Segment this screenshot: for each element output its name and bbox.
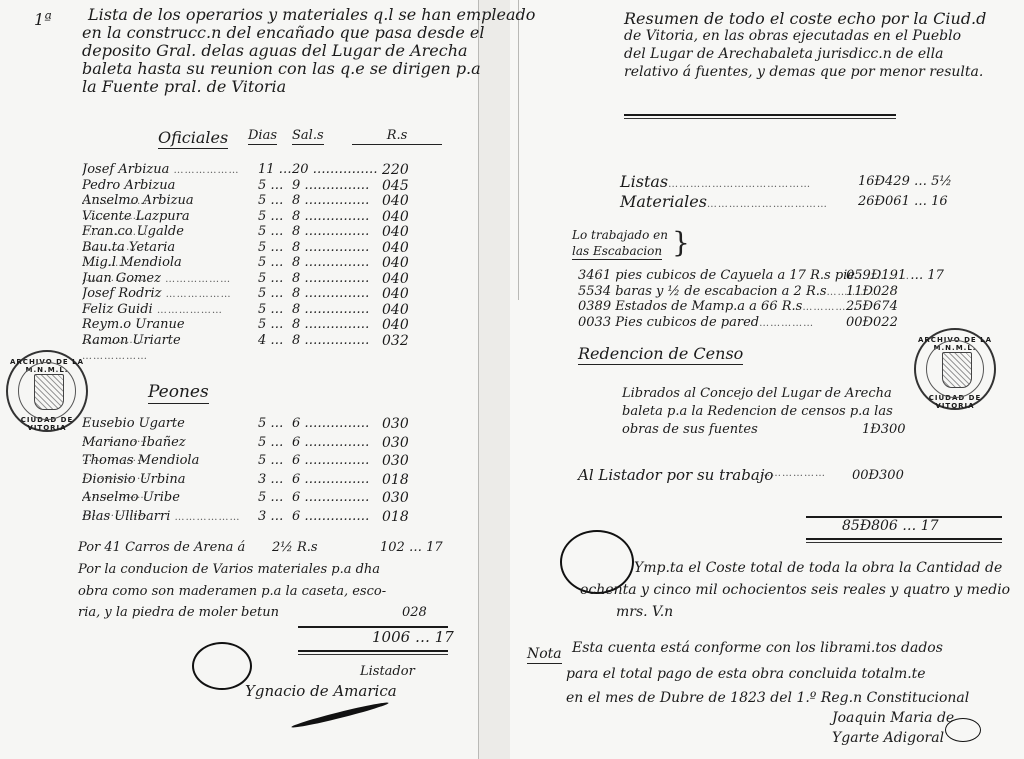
worker-name: Juan Gomez ……………… (82, 271, 242, 286)
extra-line-1: Por 41 Carros de Arena á (78, 540, 245, 555)
stamp-top-text: ARCHIVO DE LA M.N.M.L. (8, 358, 86, 374)
wage-value: 6 …………… (292, 490, 369, 505)
importe-line-3: mrs. V.n (616, 604, 673, 620)
oficiales-header: Oficiales (158, 128, 228, 149)
worker-name: Josef Rodriz ……………… (82, 286, 242, 301)
wage-value: 8 …………… (292, 286, 369, 301)
days-value: 5 … (258, 416, 283, 431)
table-row: Bau.ta Yetaria ………………5 …8 ……………040 (82, 240, 452, 257)
reales-value: 040 (382, 255, 409, 271)
reales-value: 030 (382, 416, 409, 432)
table-row: Vicente Lazpura ………………5 …8 ……………040 (82, 209, 452, 226)
days-value: 4 … (258, 333, 283, 348)
table-row: Eusebio Ugarte ………………5 …6 ……………030 (82, 416, 452, 433)
reales-value: 040 (382, 224, 409, 240)
extra-line-2: Por la conducion de Varios materiales p.… (78, 562, 380, 577)
excavacion-description: 0389 Estados de Mamp.a a 66 R.s (578, 299, 802, 314)
listador-amount: 00Ð300 (852, 468, 904, 483)
days-value: 5 … (258, 286, 283, 301)
archive-stamp-left: ARCHIVO DE LA M.N.M.L. CIUDAD DE VITORIA (6, 350, 88, 432)
right-total: 85Ð806 … 17 (842, 518, 939, 534)
table-row: Dionisio Urbina ………………3 …6 ……………018 (82, 472, 452, 489)
archive-stamp-right: ARCHIVO DE LA M.N.M.L. CIUDAD DE VITORIA (914, 328, 996, 410)
wage-value: 6 …………… (292, 453, 369, 468)
wage-value: 20 …………… (292, 162, 378, 177)
table-row: Reym.o Uranue ………………5 …8 ……………040 (82, 317, 452, 334)
summary-label: Listas (620, 172, 668, 191)
extra-line-1-amount: 102 … 17 (380, 540, 443, 555)
leader-dots: ……………… (174, 165, 240, 176)
extra-line-4: ria, y la piedra de moler betun (78, 605, 279, 620)
reales-value: 040 (382, 240, 409, 256)
days-value: 3 … (258, 509, 283, 524)
stamp-top-text: ARCHIVO DE LA M.N.M.L. (916, 336, 994, 352)
leader-dots: ……………… (175, 512, 241, 523)
extra-line-3: obra como son maderamen p.a la caseta, e… (78, 584, 386, 599)
summary-materiales-amount: 26Ð061 … 16 (858, 194, 948, 209)
reales-value: 040 (382, 193, 409, 209)
excavacion-amount: 11Ð028 (846, 284, 898, 299)
excavacion-header-1: Lo trabajado en (572, 228, 668, 242)
leader-dots: …………… (759, 318, 814, 329)
extra-line-4-amount: 028 (402, 605, 427, 620)
excavacion-header-2: las Escabacion (572, 244, 662, 260)
listador-line: Al Listador por su trabajo (578, 466, 773, 484)
left-heading-line-2: en la construcc.n del encañado que pasa … (82, 24, 485, 42)
coat-of-arms-icon (942, 352, 972, 388)
excavacion-amount: 059Ð191 … 17 (846, 268, 944, 283)
table-row: Anselmo Arbizua ………………5 …8 ……………040 (82, 193, 452, 210)
listador-label: Listador (360, 664, 415, 679)
left-heading-line-1: Lista de los operarios y materiales q.l … (88, 6, 535, 24)
table-row: Mig.l Mendiola ………………5 …8 ……………040 (82, 255, 452, 272)
page-edge-left (478, 0, 479, 759)
right-signature-line-1: Joaquin Maria de (832, 710, 954, 726)
reales-value: 030 (382, 453, 409, 469)
leader-dots: ……………… (157, 305, 223, 316)
reales-value: 032 (382, 333, 409, 349)
page-edge-right (518, 0, 519, 300)
days-value: 5 … (258, 490, 283, 505)
table-row: Fran.co Ugalde ………………5 …8 ……………040 (82, 224, 452, 241)
reales-value: 018 (382, 472, 409, 488)
wage-value: 8 …………… (292, 333, 369, 348)
stamp-bottom-text: CIUDAD DE VITORIA (916, 394, 994, 410)
right-heading-line-3: del Lugar de Arechabaleta jurisdicc.n de… (624, 46, 943, 64)
right-signature-line-2: Ygarte Adigoral (832, 730, 944, 746)
wage-value: 8 …………… (292, 302, 369, 317)
excavacion-description: 0033 Pies cubicos de pared (578, 315, 759, 330)
days-value: 5 … (258, 178, 283, 193)
worker-name: Josef Arbizua ……………… (82, 162, 242, 177)
total-rule-bottom (298, 650, 448, 652)
days-value: 5 … (258, 453, 283, 468)
heading-rule (624, 114, 896, 116)
summary-listas-amount: 16Ð429 … 5½ (858, 174, 952, 189)
right-heading-line-1: Resumen de todo el coste echo por la Ciu… (624, 10, 986, 28)
nota-label: Nota (527, 646, 562, 664)
wage-value: 6 …………… (292, 509, 369, 524)
worker-name: Ramon Uriarte ……………… (82, 333, 242, 363)
redencion-line-3: obras de sus fuentes (622, 422, 758, 437)
sal-header: Sal.s (292, 128, 324, 145)
wage-value: 6 …………… (292, 416, 369, 431)
worker-name: Blas Ullibarri ……………… (82, 509, 242, 524)
reales-value: 040 (382, 209, 409, 225)
worker-name: Feliz Guidi ……………… (82, 302, 242, 317)
excavacion-amount: 00Ð022 (846, 315, 898, 330)
page-gutter (478, 0, 510, 759)
nota-line-3: en el mes de Dubre de 1823 del 1.º Reg.n… (566, 690, 969, 706)
table-row: Blas Ullibarri ………………3 …6 ……………018 (82, 509, 452, 526)
peones-header: Peones (148, 382, 209, 404)
days-value: 5 … (258, 302, 283, 317)
nota-line-2: para el total pago de esta obra concluid… (566, 666, 926, 682)
left-signature-flourish (192, 642, 252, 690)
reales-value: 030 (382, 435, 409, 451)
brace-icon: } (672, 228, 690, 258)
days-value: 5 … (258, 255, 283, 270)
reales-value: 030 (382, 490, 409, 506)
reales-value: 040 (382, 271, 409, 287)
wage-value: 8 …………… (292, 209, 369, 224)
reales-value: 040 (382, 317, 409, 333)
redencion-amount: 1Ð300 (862, 422, 906, 437)
table-row: Pedro Arbizua ………………5 …9 ……………045 (82, 178, 452, 195)
wage-value: 8 …………… (292, 255, 369, 270)
reales-value: 040 (382, 302, 409, 318)
table-row: Ramon Uriarte ………………4 …8 ……………032 (82, 333, 452, 350)
left-heading-line-5: la Fuente pral. de Vitoria (82, 78, 286, 96)
wage-value: 6 …………… (292, 472, 369, 487)
table-row: Thomas Mendiola ………………5 …6 ……………030 (82, 453, 452, 470)
table-row: Josef Rodriz ………………5 …8 ……………040 (82, 286, 452, 303)
summary-materiales: Materiales…………………………… (620, 192, 828, 211)
days-value: 5 … (258, 435, 283, 450)
right-heading-line-2: de Vitoria, en las obras ejecutadas en e… (624, 28, 961, 46)
importe-line-2: ochenta y cinco mil ochocientos seis rea… (580, 582, 1010, 598)
wage-value: 8 …………… (292, 240, 369, 255)
days-value: 5 … (258, 193, 283, 208)
dias-header: Dias (248, 128, 277, 145)
table-row: Josef Arbizua ………………11 …20 ……………220 (82, 162, 452, 179)
wage-value: 9 …………… (292, 178, 369, 193)
days-value: 11 … (258, 162, 292, 177)
listador-signature: Ygnacio de Amarica (245, 682, 397, 700)
wage-value: 8 …………… (292, 271, 369, 286)
reales-value: 040 (382, 286, 409, 302)
nota-line-1: Esta cuenta está conforme con los libram… (572, 640, 943, 656)
extra-line-1-rate: 2½ R.s (272, 540, 318, 555)
days-value: 5 … (258, 209, 283, 224)
right-signature-rubric (945, 718, 981, 742)
leader-dots: ……………… (82, 351, 148, 362)
rs-header: R.s (352, 128, 442, 145)
listador-dots: ……………… (760, 468, 826, 479)
total-rule-bottom-thin (298, 654, 448, 655)
excavacion-row: 0033 Pies cubicos de pared …………… (578, 315, 814, 330)
reales-value: 220 (382, 162, 409, 178)
left-heading-line-3: deposito Gral. delas aguas del Lugar de … (82, 42, 468, 60)
right-heading-line-4: relativo á fuentes, y demas que por meno… (624, 64, 983, 82)
leader-dots: ……………… (165, 274, 231, 285)
wage-value: 6 …………… (292, 435, 369, 450)
left-total: 1006 … 17 (372, 628, 454, 646)
redencion-line-2: baleta p.a la Redencion de censos p.a la… (622, 404, 893, 419)
right-total-rule-bottom-thin (806, 542, 1002, 543)
table-row: Feliz Guidi ………………5 …8 ……………040 (82, 302, 452, 319)
days-value: 5 … (258, 240, 283, 255)
folio-mark: 1ª (34, 10, 52, 29)
summary-listas: Listas………………………………… (620, 172, 811, 191)
days-value: 5 … (258, 317, 283, 332)
days-value: 5 … (258, 224, 283, 239)
excavacion-amount: 25Ð674 (846, 299, 898, 314)
summary-label: Materiales (620, 192, 707, 211)
reales-value: 018 (382, 509, 409, 525)
days-value: 3 … (258, 472, 283, 487)
table-row: Juan Gomez ………………5 …8 ……………040 (82, 271, 452, 288)
reales-value: 045 (382, 178, 409, 194)
left-heading-line-4: baleta hasta su reunion con las q.e se d… (82, 60, 481, 78)
heading-rule-thin (624, 118, 896, 119)
leader-dots: ……………… (166, 289, 232, 300)
excavacion-row: 0389 Estados de Mamp.a a 66 R.s …………… (578, 299, 857, 314)
coat-of-arms-icon (34, 374, 64, 410)
stamp-bottom-text: CIUDAD DE VITORIA (8, 416, 86, 432)
excavacion-row: 5534 baras y ½ de escabacion a 2 R.s ………… (578, 284, 882, 299)
importe-line-1: Ymp.ta el Coste total de toda la obra la… (634, 560, 1002, 576)
table-row: Mariano Ibañez ………………5 …6 ……………030 (82, 435, 452, 452)
excavacion-description: 5534 baras y ½ de escabacion a 2 R.s (578, 284, 827, 299)
redencion-header: Redencion de Censo (578, 344, 743, 365)
redencion-line-1: Librados al Concejo del Lugar de Arecha (622, 386, 892, 401)
wage-value: 8 …………… (292, 317, 369, 332)
wage-value: 8 …………… (292, 193, 369, 208)
table-row: Anselmo Uribe ………………5 …6 ……………030 (82, 490, 452, 507)
excavacion-description: 3461 pies cubicos de Cayuela a 17 R.s pi… (578, 268, 855, 283)
right-total-rule-bottom (806, 538, 1002, 540)
wage-value: 8 …………… (292, 224, 369, 239)
days-value: 5 … (258, 271, 283, 286)
